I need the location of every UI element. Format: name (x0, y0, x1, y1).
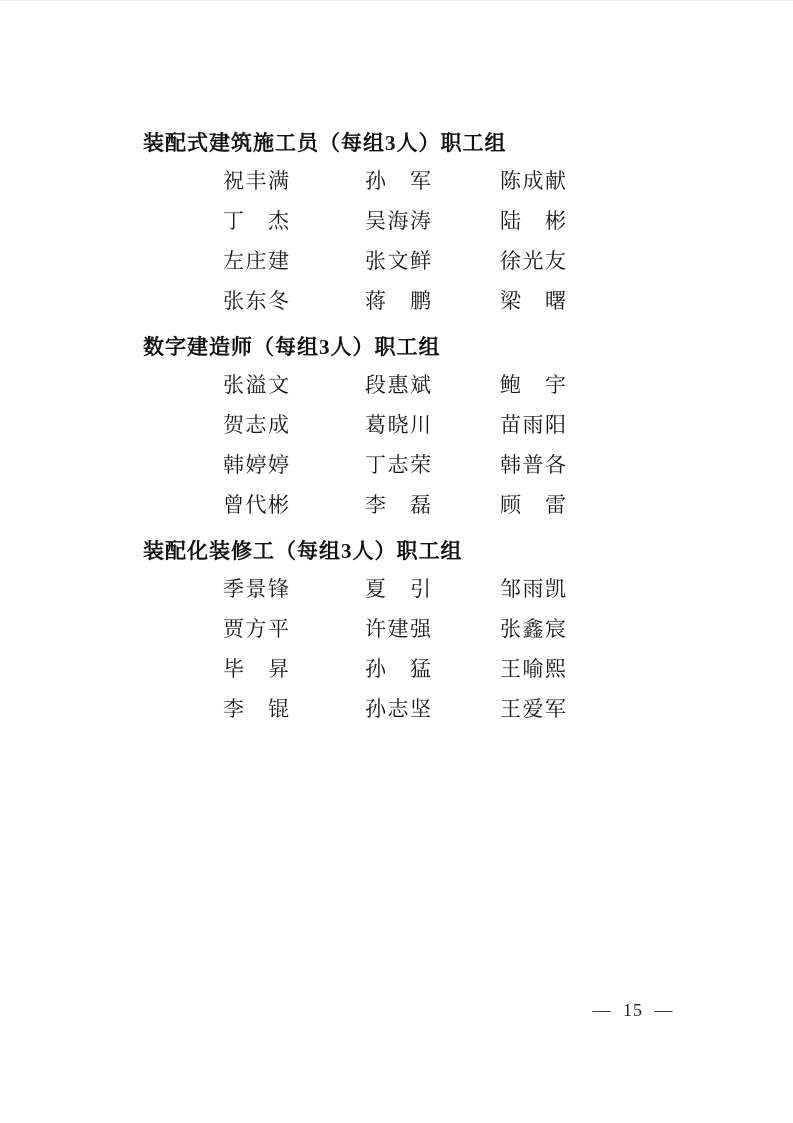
name-row: 左庄建张文鲜徐光友 (223, 250, 723, 290)
participant-name: 张溢文 (223, 374, 365, 396)
group-section: 装配化装修工（每组3人）职工组季景锋夏 引邹雨凯贾方平许建强张鑫宸毕 昇孙 猛王… (143, 538, 723, 738)
participant-name: 韩普各 (500, 454, 568, 476)
participant-name: 韩婷婷 (223, 454, 365, 476)
participant-name: 吴海涛 (365, 210, 500, 232)
group-sections: 装配式建筑施工员（每组3人）职工组祝丰满孙 军陈成献丁 杰吴海涛陆 彬左庄建张文… (143, 130, 723, 738)
document-page: 装配式建筑施工员（每组3人）职工组祝丰满孙 军陈成献丁 杰吴海涛陆 彬左庄建张文… (0, 0, 793, 1123)
participant-name: 毕 昇 (223, 658, 365, 680)
participant-name: 季景锋 (223, 578, 365, 600)
group-section: 装配式建筑施工员（每组3人）职工组祝丰满孙 军陈成献丁 杰吴海涛陆 彬左庄建张文… (143, 130, 723, 330)
participant-name: 段惠斌 (365, 374, 500, 396)
participant-name: 陆 彬 (500, 210, 568, 232)
participant-name: 陈成献 (500, 170, 568, 192)
participant-name: 王喻熙 (500, 658, 568, 680)
participant-name: 孙 军 (365, 170, 500, 192)
name-row: 张东冬蒋 鹏梁 曙 (223, 290, 723, 330)
participant-name: 曾代彬 (223, 494, 365, 516)
group-title: 装配式建筑施工员（每组3人）职工组 (143, 130, 723, 156)
participant-name: 邹雨凯 (500, 578, 568, 600)
participant-name: 孙志坚 (365, 698, 500, 720)
participant-name: 王爱军 (500, 698, 568, 720)
participant-name: 苗雨阳 (500, 414, 568, 436)
participant-name: 丁志荣 (365, 454, 500, 476)
name-row: 季景锋夏 引邹雨凯 (223, 578, 723, 618)
participant-name: 顾 雷 (500, 494, 568, 516)
participant-name: 李 锟 (223, 698, 365, 720)
participant-name: 祝丰满 (223, 170, 365, 192)
name-row: 贾方平许建强张鑫宸 (223, 618, 723, 658)
participant-name: 徐光友 (500, 250, 568, 272)
participant-name: 葛晓川 (365, 414, 500, 436)
participant-name: 张东冬 (223, 290, 365, 312)
participant-name: 丁 杰 (223, 210, 365, 232)
participant-name: 张文鲜 (365, 250, 500, 272)
participant-name: 许建强 (365, 618, 500, 640)
participant-name: 孙 猛 (365, 658, 500, 680)
participant-name: 贾方平 (223, 618, 365, 640)
participant-name: 贺志成 (223, 414, 365, 436)
name-row: 韩婷婷丁志荣韩普各 (223, 454, 723, 494)
name-row: 毕 昇孙 猛王喻熙 (223, 658, 723, 698)
group-title: 装配化装修工（每组3人）职工组 (143, 538, 723, 564)
participant-name: 张鑫宸 (500, 618, 568, 640)
participant-name: 夏 引 (365, 578, 500, 600)
participant-name: 左庄建 (223, 250, 365, 272)
name-row: 丁 杰吴海涛陆 彬 (223, 210, 723, 250)
participant-name: 李 磊 (365, 494, 500, 516)
name-row: 李 锟孙志坚王爱军 (223, 698, 723, 738)
participant-name: 梁 曙 (500, 290, 568, 312)
roster-content: 装配式建筑施工员（每组3人）职工组祝丰满孙 军陈成献丁 杰吴海涛陆 彬左庄建张文… (143, 130, 723, 742)
name-row: 曾代彬李 磊顾 雷 (223, 494, 723, 534)
participant-name: 蒋 鹏 (365, 290, 500, 312)
name-row: 祝丰满孙 军陈成献 (223, 170, 723, 210)
participant-name: 鲍 宇 (500, 374, 568, 396)
name-row: 张溢文段惠斌鲍 宇 (223, 374, 723, 414)
group-section: 数字建造师（每组3人）职工组张溢文段惠斌鲍 宇贺志成葛晓川苗雨阳韩婷婷丁志荣韩普… (143, 334, 723, 534)
group-title: 数字建造师（每组3人）职工组 (143, 334, 723, 360)
name-row: 贺志成葛晓川苗雨阳 (223, 414, 723, 454)
page-number: — 15 — (558, 999, 708, 1021)
